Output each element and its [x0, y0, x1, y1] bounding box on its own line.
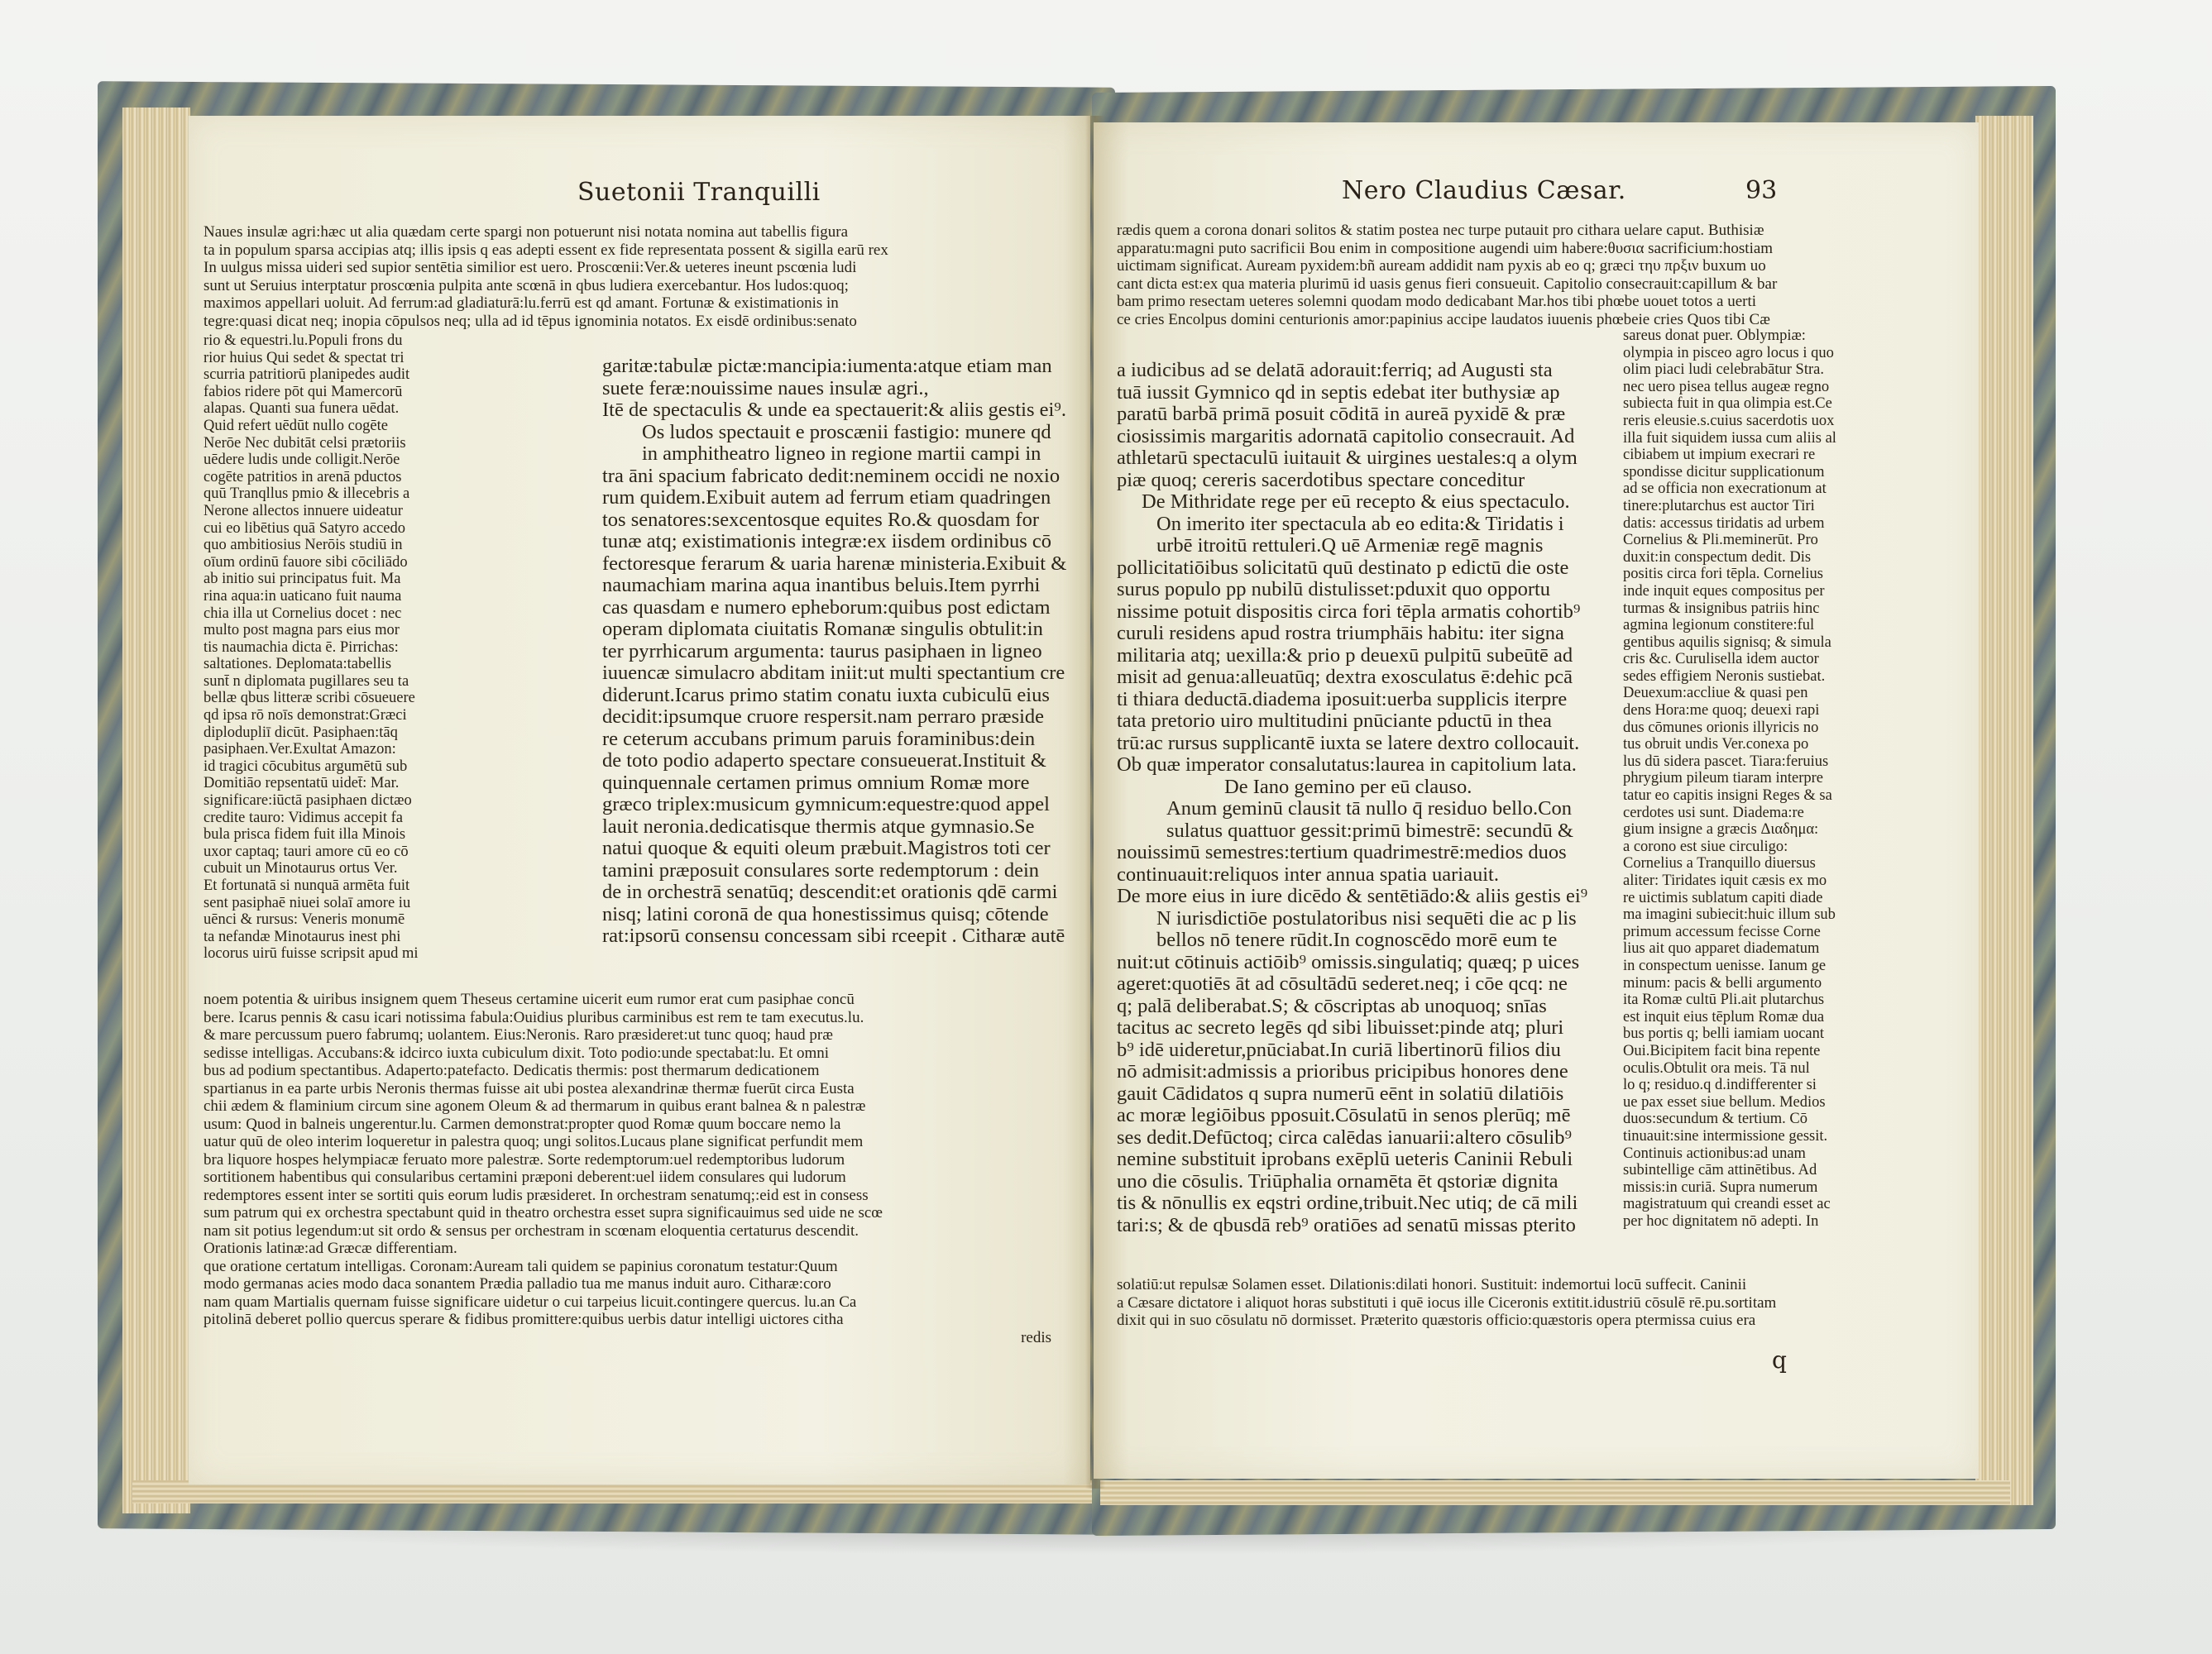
gloss-column-left: rio & equestri.lu.Populi frons du rior h… — [203, 332, 439, 963]
right-page-edges — [1975, 116, 2033, 1505]
chapter-heading: De Iano gemino per eū clauso. — [1117, 777, 1597, 799]
commentary-top-right: rædis quem a corona donari solitos & sta… — [1117, 222, 1969, 328]
running-head-left: Suetonii Tranquilli — [577, 178, 821, 207]
folio-number: 93 — [1745, 176, 1777, 205]
running-head-right: Nero Claudius Cæsar. — [1342, 176, 1626, 205]
commentary-bottom-right: solatiū:ut repulsæ Solamen esset. Dilati… — [1117, 1276, 1969, 1330]
main-text-left: garitæ:tabulæ pictæ:mancipia:iumenta:atq… — [602, 356, 1074, 948]
chapter-heading: Itē de spectaculis & unde ea spectauerit… — [602, 399, 1074, 422]
left-page-edges — [122, 108, 190, 1513]
gloss-column-right: sareus donat puer. Oblympiæ: olympia in … — [1623, 327, 1871, 1230]
left-page: Suetonii Tranquilli Naues insulæ agri:hæ… — [189, 116, 1090, 1484]
right-page: Nero Claudius Cæsar. 93 rædis quem a cor… — [1094, 122, 1979, 1479]
commentary-bottom-left: noem potentia & uiribus insignem quem Th… — [203, 991, 1076, 1346]
chapter-heading: De Mithridate rege per eū recepto & eius… — [1117, 491, 1597, 514]
right-bottom-edges — [1100, 1480, 2010, 1505]
signature-mark: q — [1772, 1346, 1787, 1374]
commentary-top-left: Naues insulæ agri:hæc ut alia quædam cer… — [203, 223, 888, 330]
chapter-heading: De more eius in iure dicēdo & sentētiādo… — [1117, 886, 1597, 908]
main-text-right: a iudicibus ad se delatā adorauit:ferriq… — [1117, 360, 1597, 1236]
